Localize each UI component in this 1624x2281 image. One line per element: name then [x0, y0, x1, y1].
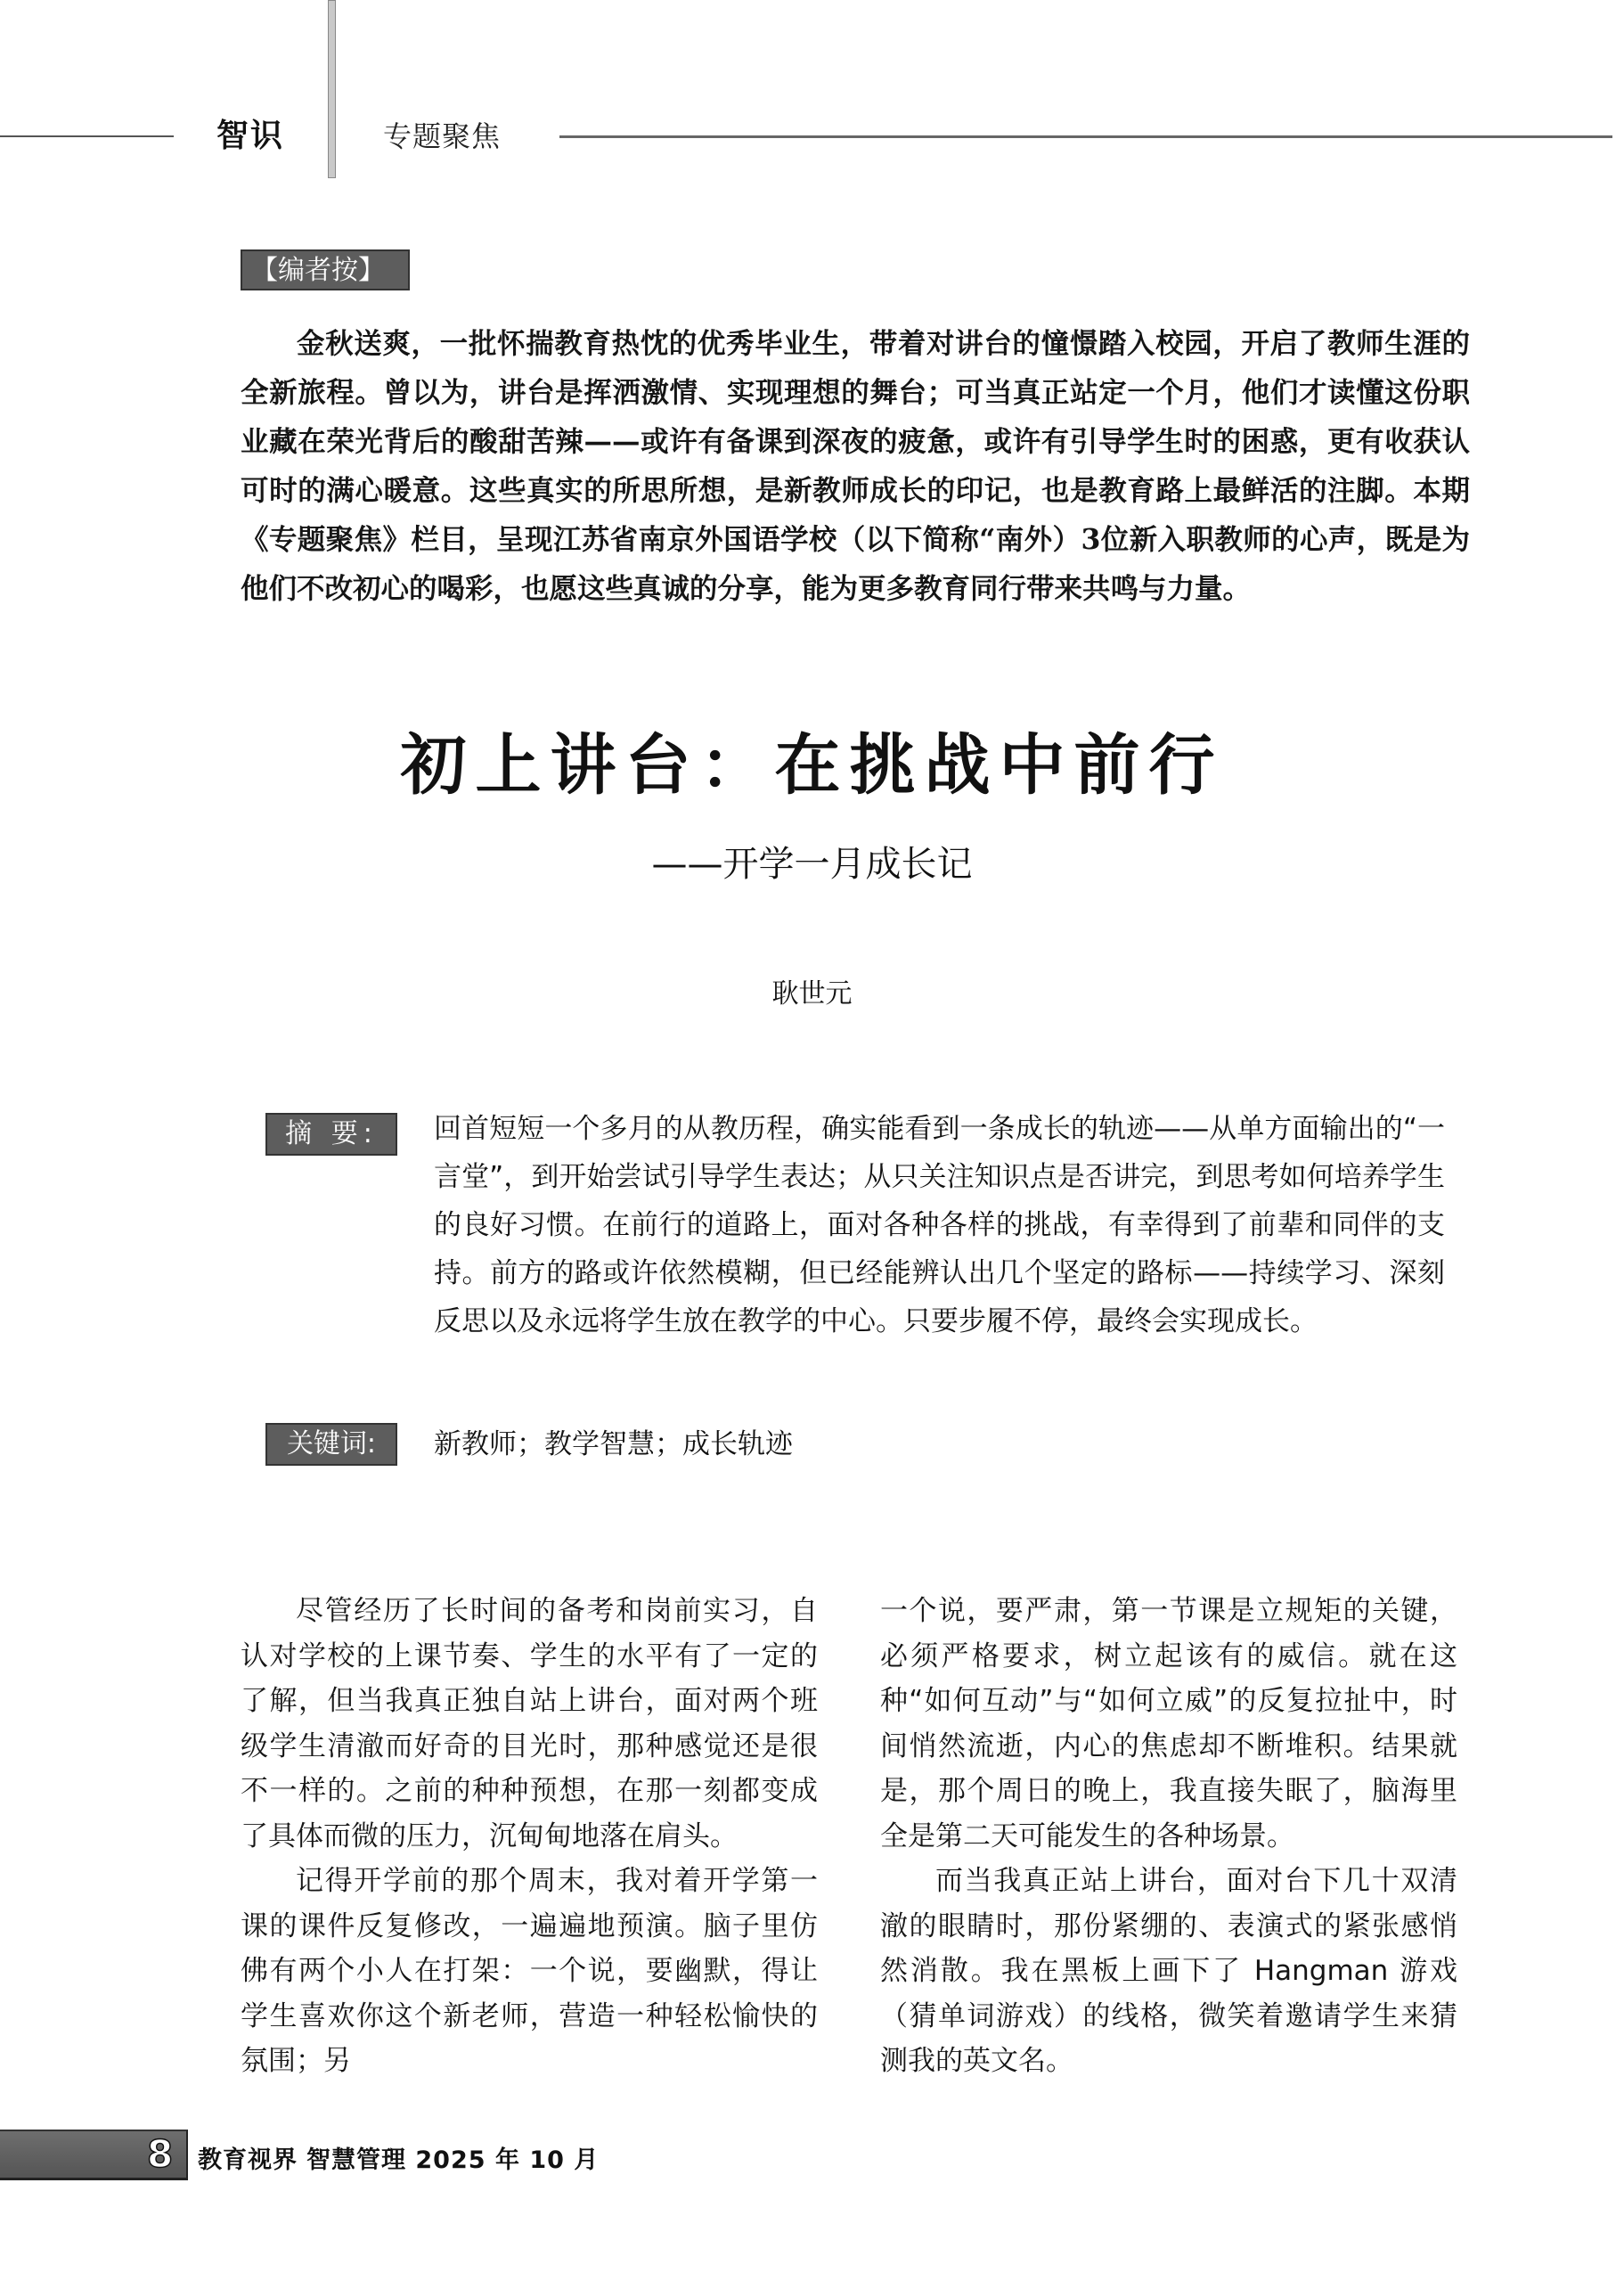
abstract-label: 摘 要: — [265, 1113, 397, 1156]
issue-info: 智慧管理 2025 年 10 月 — [306, 2146, 599, 2174]
article-subtitle: ——开学一月成长记 — [0, 836, 1624, 887]
header-rule-right — [559, 135, 1612, 138]
article-author: 耿世元 — [0, 971, 1624, 1010]
body-paragraph: 尽管经历了长时间的备考和岗前实习，自认对学校的上课节奏、学生的水平有了一定的了解… — [241, 1589, 818, 1859]
body-column-left: 尽管经历了长时间的备考和岗前实习，自认对学校的上课节奏、学生的水平有了一定的了解… — [241, 1589, 818, 2084]
body-paragraph: 一个说，要严肃，第一节课是立规矩的关键，必须严格要求，树立起该有的威信。就在这种… — [880, 1589, 1457, 1859]
body-paragraph: 而当我真正站上讲台，面对台下几十双清澈的眼睛时，那份紧绷的、表演式的紧张感悄然消… — [880, 1859, 1457, 2084]
editor-note-text: 金秋送爽，一批怀揣教育热忱的优秀毕业生，带着对讲台的憧憬踏入校园，开启了教师生涯… — [241, 319, 1470, 613]
magazine-name: 教育视界 — [198, 2146, 298, 2174]
keywords-text: 新教师；教学智慧；成长轨迹 — [434, 1420, 793, 1468]
column-label: 专题聚焦 — [383, 114, 501, 155]
section-label: 智识 — [216, 110, 284, 156]
header-rule-left — [0, 135, 174, 137]
footer-publication: 教育视界智慧管理 2025 年 10 月 — [198, 2140, 599, 2175]
body-paragraph: 记得开学前的那个周末，我对着开学第一课的课件反复修改，一遍遍地预演。脑子里仿佛有… — [241, 1859, 818, 2084]
abstract-text: 回首短短一个多月的从教历程，确实能看到一条成长的轨迹——从单方面输出的“一言堂”… — [434, 1105, 1445, 1345]
body-column-right: 一个说，要严肃，第一节课是立规矩的关键，必须严格要求，树立起该有的威信。就在这种… — [880, 1589, 1457, 2084]
editor-note-tag: 【编者按】 — [241, 249, 410, 290]
page-number: 8 — [147, 2132, 173, 2176]
keywords-label: 关键词: — [265, 1423, 397, 1466]
header-divider-bar — [328, 0, 336, 178]
article-title: 初上讲台：在挑战中前行 — [0, 713, 1624, 807]
